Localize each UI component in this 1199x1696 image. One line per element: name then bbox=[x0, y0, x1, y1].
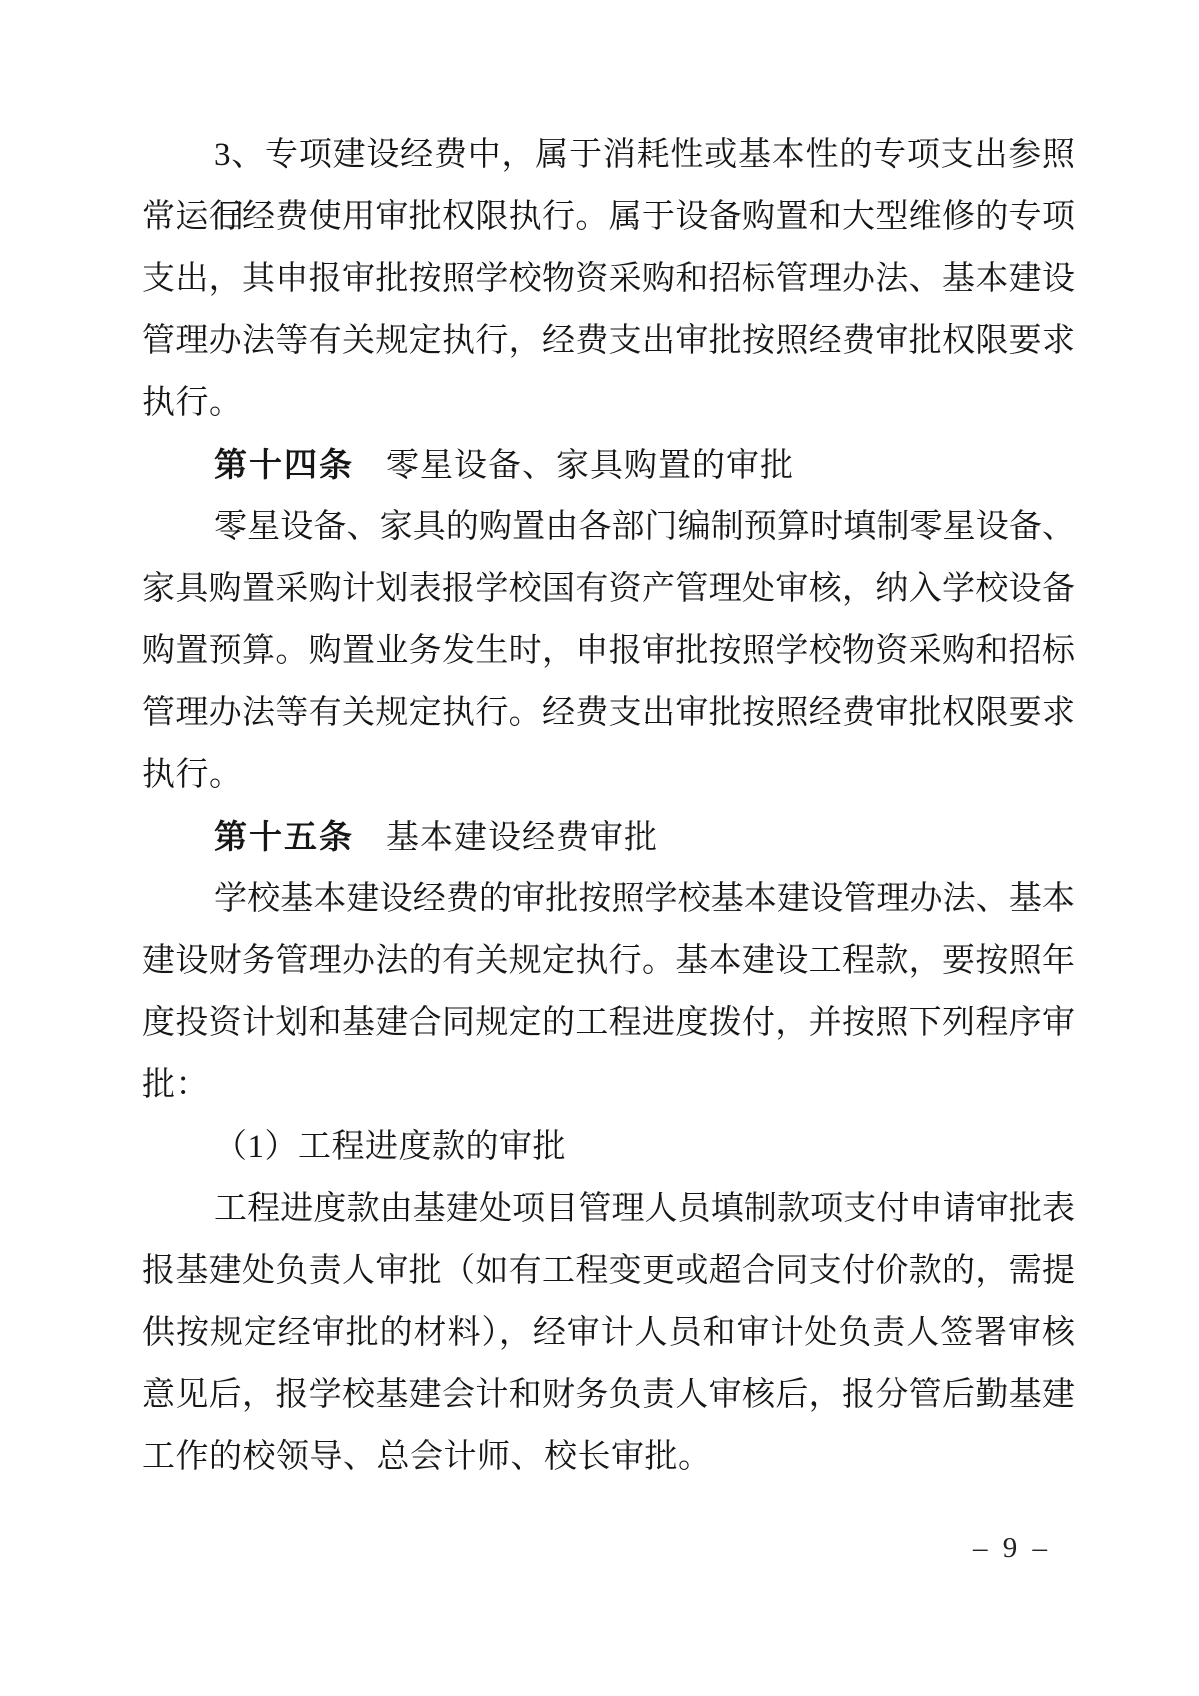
article-heading-15: 第十五条基本建设经费审批 bbox=[142, 806, 1075, 868]
text-line: 工作的校领导、总会计师、校长审批。 bbox=[142, 1426, 1075, 1488]
text-line: 3、专项建设经费中，属于消耗性或基本性的专项支出参照日 bbox=[142, 124, 1075, 186]
text-line: 报基建处负责人审批（如有工程变更或超合同支付价款的，需提 bbox=[142, 1240, 1075, 1302]
document-page: 3、专项建设经费中，属于消耗性或基本性的专项支出参照日 常运行经费使用审批权限执… bbox=[0, 0, 1199, 1696]
text-line: 支出，其申报审批按照学校物资采购和招标管理办法、基本建设 bbox=[142, 248, 1075, 310]
article-number: 第十四条 bbox=[214, 446, 354, 483]
text-line: 管理办法等有关规定执行，经费支出审批按照经费审批权限要求 bbox=[142, 310, 1075, 372]
text-line: 度投资计划和基建合同规定的工程进度拨付，并按照下列程序审 bbox=[142, 992, 1075, 1054]
text-line: 意见后，报学校基建会计和财务负责人审核后，报分管后勤基建 bbox=[142, 1364, 1075, 1426]
text-line: 建设财务管理办法的有关规定执行。基本建设工程款，要按照年 bbox=[142, 930, 1075, 992]
text-line: 工程进度款由基建处项目管理人员填制款项支付申请审批表 bbox=[142, 1178, 1075, 1240]
text-line: 常运行经费使用审批权限执行。属于设备购置和大型维修的专项 bbox=[142, 186, 1075, 248]
page-number: – 9 – bbox=[973, 1528, 1051, 1568]
text-line: 零星设备、家具的购置由各部门编制预算时填制零星设备、 bbox=[142, 496, 1075, 558]
article-number: 第十五条 bbox=[214, 818, 354, 855]
article-heading-14: 第十四条零星设备、家具购置的审批 bbox=[142, 434, 1075, 496]
text-line: 供按规定经审批的材料），经审计人员和审计处负责人签署审核 bbox=[142, 1302, 1075, 1364]
text-line: 批： bbox=[142, 1054, 1075, 1116]
text-line: 家具购置采购计划表报学校国有资产管理处审核，纳入学校设备 bbox=[142, 558, 1075, 620]
article-title: 基本建设经费审批 bbox=[386, 820, 658, 856]
text-line: 购置预算。购置业务发生时，申报审批按照学校物资采购和招标 bbox=[142, 620, 1075, 682]
text-line: 执行。 bbox=[142, 372, 1075, 434]
article-title: 零星设备、家具购置的审批 bbox=[386, 448, 794, 484]
list-item-heading: （1）工程进度款的审批 bbox=[142, 1116, 1075, 1178]
text-line: 学校基本建设经费的审批按照学校基本建设管理办法、基本 bbox=[142, 868, 1075, 930]
text-line: 管理办法等有关规定执行。经费支出审批按照经费审批权限要求 bbox=[142, 682, 1075, 744]
document-body: 3、专项建设经费中，属于消耗性或基本性的专项支出参照日 常运行经费使用审批权限执… bbox=[142, 124, 1075, 1488]
text-line: 执行。 bbox=[142, 744, 1075, 806]
